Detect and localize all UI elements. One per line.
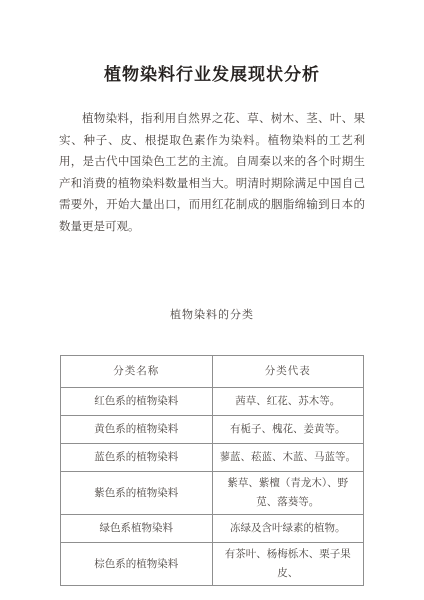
category-representatives-cell: 冻绿及含叶绿素的植物。	[212, 515, 364, 543]
column-header-category-representatives: 分类代表	[212, 356, 364, 388]
category-representatives-cell: 蓼蓝、菘蓝、木蓝、马蓝等。	[212, 444, 364, 472]
category-representatives-cell: 紫草、紫檀（青龙木）、野苋、落葵等。	[212, 472, 364, 515]
column-header-category-name: 分类名称	[61, 356, 213, 388]
category-representatives-cell: 茜草、红花、苏木等。	[212, 388, 364, 416]
table-body: 红色系的植物染料 茜草、红花、苏木等。 黄色系的植物染料 有栀子、槐花、姜黄等。…	[61, 388, 364, 586]
document-title: 植物染料行业发展现状分析	[0, 0, 424, 85]
table-row-brown: 棕色系的植物染料 有茶叶、杨梅栎木、栗子果皮、	[61, 543, 364, 586]
category-representatives-cell: 有茶叶、杨梅栎木、栗子果皮、	[212, 543, 364, 586]
category-name-cell: 绿色系植物染料	[61, 515, 213, 543]
intro-paragraph: 植物染料，指利用自然界之花、草、树木、茎、叶、果实、种子、皮、根提取色素作为染料…	[59, 109, 365, 238]
table-row-yellow: 黄色系的植物染料 有栀子、槐花、姜黄等。	[61, 416, 364, 444]
category-name-cell: 黄色系的植物染料	[61, 416, 213, 444]
category-representatives-cell: 有栀子、槐花、姜黄等。	[212, 416, 364, 444]
table-row-red: 红色系的植物染料 茜草、红花、苏木等。	[61, 388, 364, 416]
classification-table: 分类名称 分类代表 红色系的植物染料 茜草、红花、苏木等。 黄色系的植物染料 有…	[60, 355, 364, 586]
table-row-blue: 蓝色系的植物染料 蓼蓝、菘蓝、木蓝、马蓝等。	[61, 444, 364, 472]
category-name-cell: 红色系的植物染料	[61, 388, 213, 416]
table-row-purple: 紫色系的植物染料 紫草、紫檀（青龙木）、野苋、落葵等。	[61, 472, 364, 515]
category-name-cell: 紫色系的植物染料	[61, 472, 213, 515]
document-page: 植物染料行业发展现状分析 植物染料，指利用自然界之花、草、树木、茎、叶、果实、种…	[0, 0, 424, 600]
table-caption: 植物染料的分类	[0, 306, 424, 322]
table-header-row: 分类名称 分类代表	[61, 356, 364, 388]
table-row-green: 绿色系植物染料 冻绿及含叶绿素的植物。	[61, 515, 364, 543]
category-name-cell: 蓝色系的植物染料	[61, 444, 213, 472]
category-name-cell: 棕色系的植物染料	[61, 543, 213, 586]
